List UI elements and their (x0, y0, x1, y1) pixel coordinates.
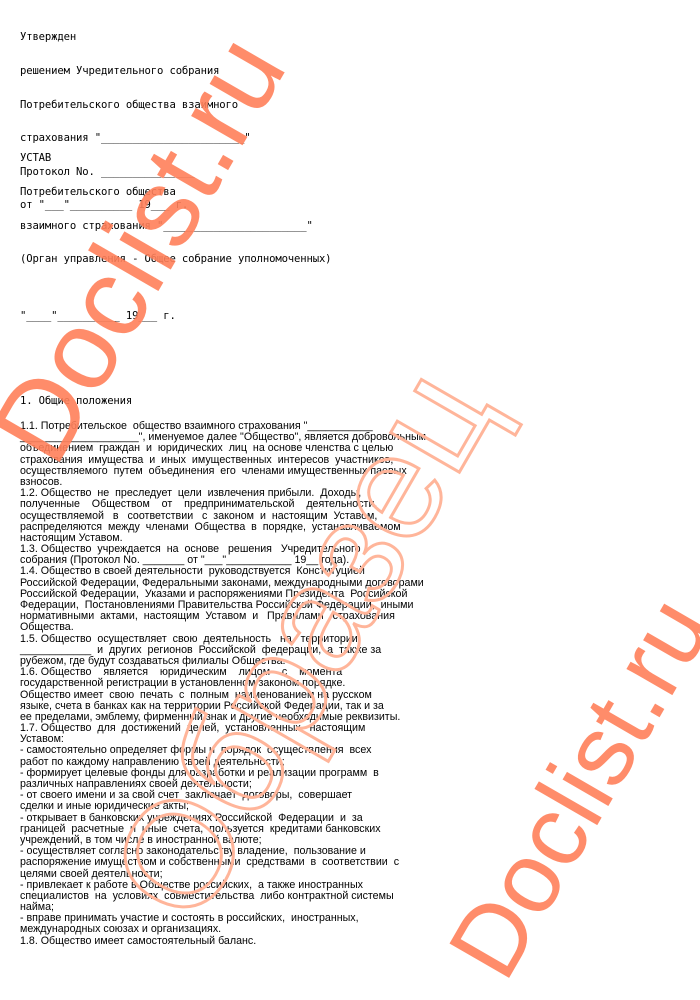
body-line: государственной регистрации в установлен… (20, 678, 426, 689)
body-line: 1.7. Общество для достижений целей, уста… (20, 723, 426, 734)
body-line: - самостоятельно определяет формы и поря… (20, 745, 426, 756)
charter-header-line: Потребительского общества (20, 187, 331, 198)
body-line: нормативными актами, настоящим Уставом и… (20, 611, 426, 622)
body-line: осуществляемой в соответствии с законом … (20, 511, 426, 522)
section-title: 1. Общие положения (20, 396, 132, 407)
charter-header: УСТАВ Потребительского общества взаимног… (20, 131, 331, 288)
approval-line: Утвержден (20, 32, 250, 43)
approval-line: Потребительского общества взаимного (20, 100, 250, 111)
body-line: специалистов на условиях совместительств… (20, 891, 426, 902)
charter-title: УСТАВ (20, 153, 331, 164)
approval-line: решением Учредительного собрания (20, 66, 250, 77)
section-body: 1.1. Потребительское общество взаимного … (20, 421, 426, 947)
body-line: Общества. (20, 622, 426, 633)
body-line: 1.8. Общество имеет самостоятельный бала… (20, 936, 426, 947)
body-line: сделки и иные юридические акты; (20, 801, 426, 812)
body-line: Общество имеет свою печать с полным наим… (20, 690, 426, 701)
body-line: осуществляемого путем объединения его чл… (20, 466, 426, 477)
body-line: объединением граждан и юридических лиц н… (20, 443, 426, 454)
body-line: целями своей деятельности; (20, 869, 426, 880)
body-line: международных союзах и организациях. (20, 924, 426, 935)
body-line: 1.4. Общество в своей деятельности руков… (20, 566, 426, 577)
watermark-right-text: Doclist.ru (427, 579, 700, 996)
body-line: распоряжение имуществом и собственными с… (20, 857, 426, 868)
charter-header-line: (Орган управления - Общее собрание уполн… (20, 254, 331, 265)
charter-header-line: взаимного страхования "_________________… (20, 221, 331, 232)
body-line: полученные Обществом от предпринимательс… (20, 499, 426, 510)
date-line: "____"__________ 19___ г. (20, 311, 176, 322)
